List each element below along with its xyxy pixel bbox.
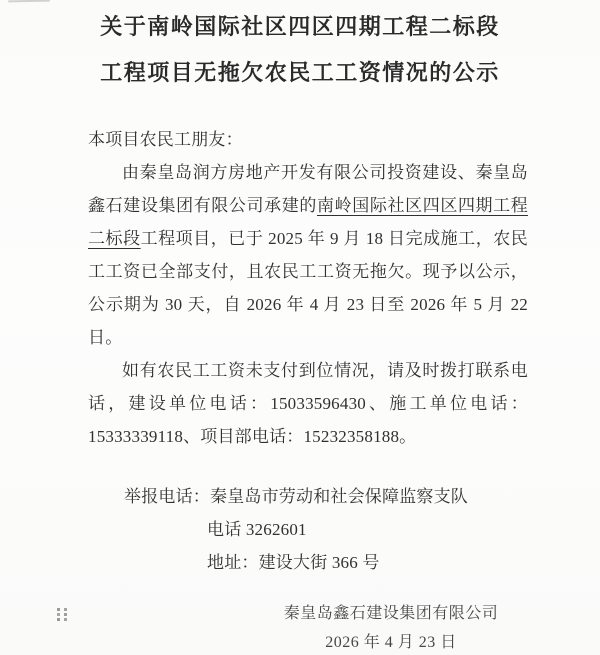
signature-date: 2026 年 4 月 23 日 bbox=[283, 628, 499, 655]
signature-block: 秦皇岛鑫石建设集团有限公司 2026 年 4 月 23 日 bbox=[283, 599, 499, 655]
paragraph1-suffix: 工程项目，已于 2025 年 9 月 18 日完成施工，农民工工资已全部支付，且… bbox=[88, 229, 528, 347]
salutation: 本项目农民工朋友： bbox=[88, 123, 528, 156]
title-line-1: 关于南岭国际社区四区四期工程二标段 bbox=[0, 4, 600, 50]
report-hotline-block: 举报电话：秦皇岛市劳动和社会保障监察支队 电话 3262601 地址：建设大街 … bbox=[88, 480, 528, 579]
report-hotline-address: 地址：建设大街 366 号 bbox=[207, 546, 528, 579]
paragraph-project-status: 由秦皇岛润方房地产开发有限公司投资建设、秦皇岛鑫石建设集团有限公司承建的南岭国际… bbox=[88, 156, 528, 354]
scan-dot-grid-artifact bbox=[57, 608, 60, 611]
report-hotline-phone: 电话 3262601 bbox=[207, 513, 528, 546]
report-hotline-agency: 举报电话：秦皇岛市劳动和社会保障监察支队 bbox=[124, 480, 528, 513]
document-title: 关于南岭国际社区四区四期工程二标段 工程项目无拖欠农民工工资情况的公示 bbox=[0, 0, 600, 96]
notice-document-page: 关于南岭国际社区四区四期工程二标段 工程项目无拖欠农民工工资情况的公示 本项目农… bbox=[0, 0, 600, 655]
paragraph-contact-phones: 如有农民工工资未支付到位情况，请及时拨打联系电话，建设单位电话：15033596… bbox=[88, 354, 528, 453]
signature-company: 秦皇岛鑫石建设集团有限公司 bbox=[283, 599, 499, 628]
document-body: 本项目农民工朋友： 由秦皇岛润方房地产开发有限公司投资建设、秦皇岛鑫石建设集团有… bbox=[88, 123, 528, 579]
title-line-2: 工程项目无拖欠农民工工资情况的公示 bbox=[0, 50, 600, 96]
